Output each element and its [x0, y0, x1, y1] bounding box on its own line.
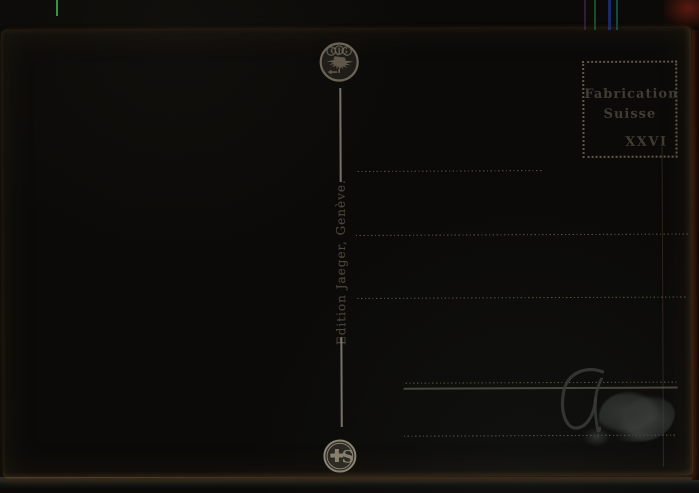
scan-artifact-green-line-2	[594, 0, 596, 30]
swiss-cross-s-emblem-icon: S	[321, 437, 359, 475]
address-line-3	[357, 297, 688, 300]
ink-smudge-small	[583, 427, 611, 447]
address-line-1	[358, 170, 542, 173]
center-divider-lower	[340, 337, 342, 427]
scan-bottom-edge-tint	[0, 477, 699, 489]
address-line-4-dotted	[406, 382, 677, 385]
scan-artifact-green-line	[56, 0, 58, 16]
emblem-letter: S	[342, 447, 354, 467]
center-divider-upper	[339, 88, 341, 182]
address-line-4-solid	[404, 387, 678, 390]
scan-artifact-teal-line	[616, 0, 618, 30]
scan-artifact-blue-line	[608, 0, 611, 30]
postcard: GJG Edition Jaeger, Genève. S Fabricatio…	[1, 26, 693, 478]
scanned-postcard-back: GJG Edition Jaeger, Genève. S Fabricatio…	[0, 0, 699, 493]
address-line-2	[356, 234, 688, 237]
stamp-box-line1: Fabrication	[584, 87, 675, 102]
scan-right-edge-tint	[692, 30, 699, 480]
publisher-imprint: Edition Jaeger, Genève.	[334, 185, 351, 345]
scan-artifact-maroon-patch	[664, 0, 699, 27]
stamp-box: Fabrication Suisse XXVI	[582, 61, 677, 158]
publisher-logo-eagle-icon: GJG	[316, 39, 362, 85]
scan-artifact-purple-line	[584, 0, 586, 30]
stamp-box-line2: Suisse	[584, 107, 675, 122]
